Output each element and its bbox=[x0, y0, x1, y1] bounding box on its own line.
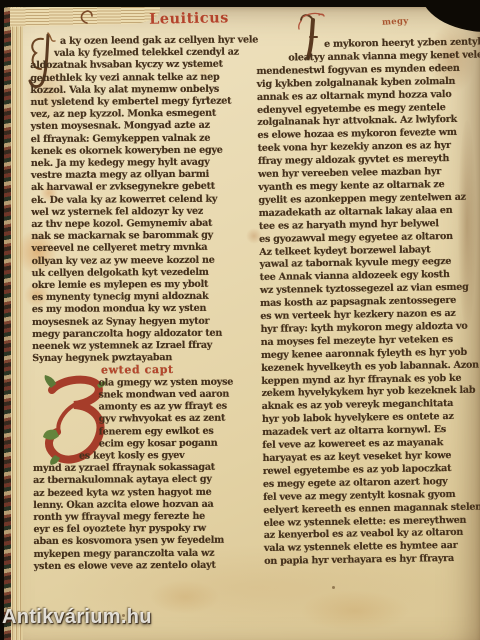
pen-mark-icon bbox=[76, 9, 94, 27]
interlinear-note: megy bbox=[382, 16, 409, 27]
text-line: aban es kosvomora ysen yw feyedelm bbox=[33, 535, 257, 549]
photo-edge-left bbox=[0, 0, 4, 640]
page-edges-left bbox=[11, 0, 23, 640]
manuscript-photo: Leuiticus megy a ky ozen leend gak az ce… bbox=[0, 0, 480, 640]
marbled-book-edge bbox=[3, 0, 11, 640]
watermark: Antikvárium.hu bbox=[2, 606, 152, 629]
text-line: gyv rwhvyokat es az zent bbox=[33, 413, 257, 427]
text-line: nut ysletend ky embertel megy fyrtezet bbox=[30, 95, 254, 109]
text-line: ysten es elowe veve az zentelo olayt bbox=[34, 559, 258, 573]
text-line: aldozatnak hvsaban kyczy wz ystemet bbox=[30, 59, 254, 73]
ink-spot bbox=[332, 586, 335, 589]
photo-edge-top bbox=[0, 0, 480, 7]
text-line: kenek es okornek koweryben ne egye bbox=[31, 144, 255, 158]
running-title: Leuiticus bbox=[146, 9, 232, 27]
right-text-column: e mykoron heeryt yzben zentyltev ona azo… bbox=[256, 36, 480, 569]
left-text-column: a ky ozen leend gak az cellyen hyr velev… bbox=[30, 34, 258, 572]
